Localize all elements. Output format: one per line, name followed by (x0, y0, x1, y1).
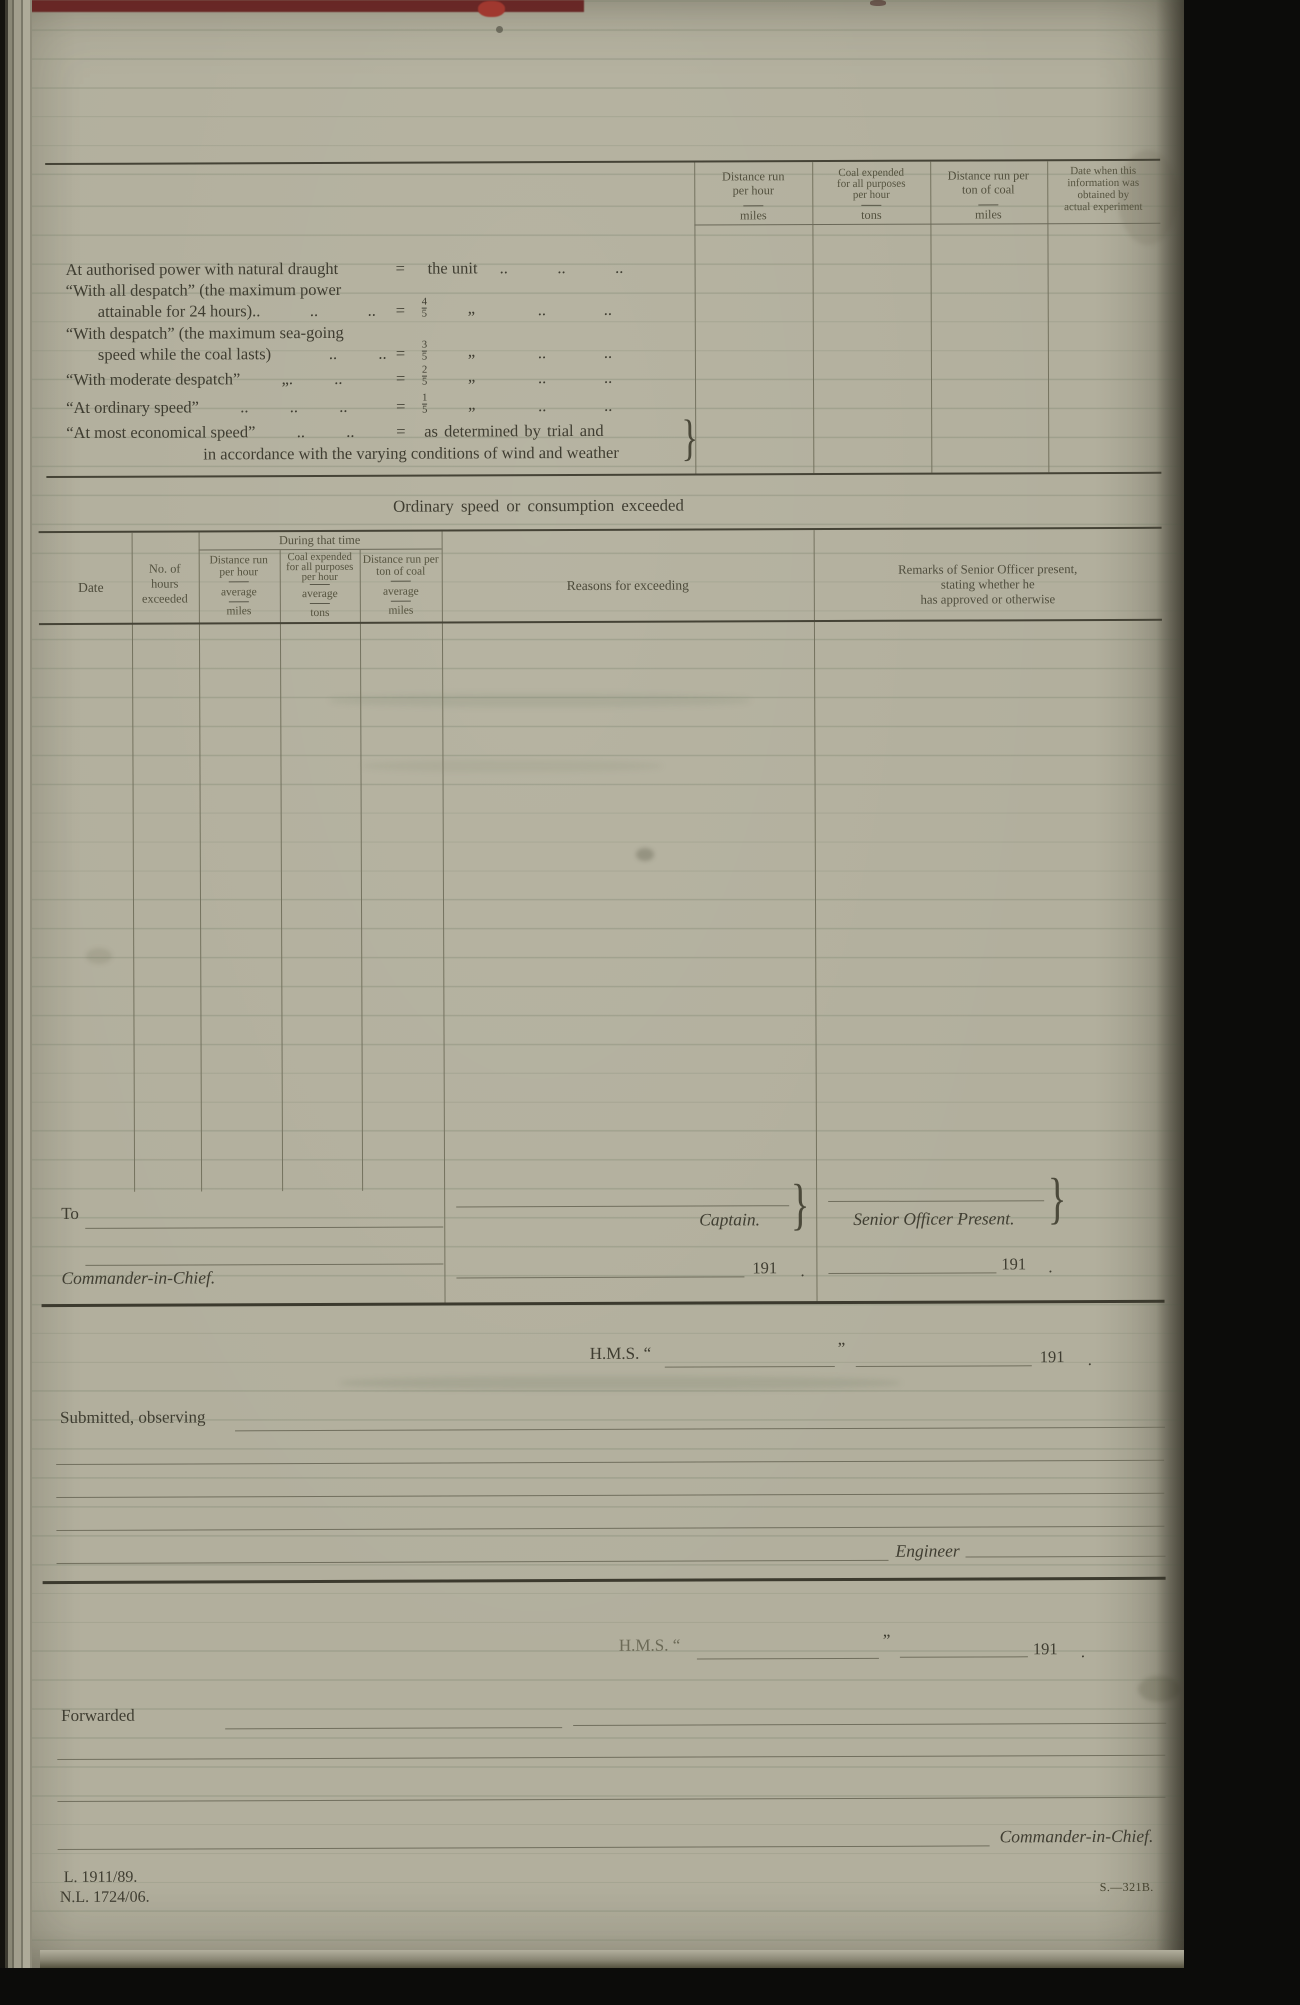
speed-row-label: speed while the coal lasts) .. .. (98, 344, 387, 365)
to-label: To (61, 1204, 79, 1224)
column-header-remarks: has approved or otherwise (920, 589, 1055, 610)
table-bottom-rule (46, 472, 1161, 478)
writing-line (56, 1493, 1164, 1498)
fraction-numerator: 4 (422, 298, 427, 308)
table-top-rule (45, 159, 1160, 165)
table-bottom-rule (42, 1300, 1165, 1307)
column-divider (280, 550, 283, 1191)
column-average: average (221, 586, 257, 598)
speed-row-label: At authorised power with natural draught (66, 259, 339, 280)
header-bottom-rule (39, 619, 1162, 625)
commander-in-chief-label: Commander-in-Chief. (1000, 1826, 1154, 1847)
column-header: Distance run (209, 554, 267, 566)
speed-row-label: in accordance with the varying condition… (203, 443, 619, 465)
year-dot: . (1048, 1257, 1052, 1277)
header-dash (229, 581, 249, 582)
column-unit: miles (740, 209, 767, 223)
writing-line (56, 1526, 1164, 1531)
writing-line (58, 1845, 990, 1850)
column-average: average (383, 586, 419, 598)
equals-sign: = (396, 369, 405, 389)
submitted-label: Submitted, observing (60, 1407, 206, 1428)
closing-brace: } (681, 410, 698, 467)
header-dash (861, 205, 881, 206)
column-divider (360, 550, 363, 1191)
column-header: Distance run (722, 170, 785, 184)
year-191: 191 (1001, 1254, 1026, 1274)
column-unit: tons (310, 607, 329, 619)
column-header-hours: exceeded (142, 593, 188, 607)
speed-row-label: “With despatch” (the maximum sea-going (66, 323, 344, 344)
date-line (900, 1656, 1028, 1657)
closing-brace: } (1048, 1170, 1067, 1227)
year-dot: . (1081, 1642, 1085, 1662)
fraction-denominator: 5 (422, 351, 427, 363)
column-header: Distance run per (363, 554, 439, 566)
header-dash (310, 584, 330, 585)
column-header-reasons: Reasons for exceeding (567, 576, 689, 596)
equals-sign: = (396, 259, 405, 279)
column-header-date: Date (78, 578, 104, 598)
writing-line (57, 1755, 1165, 1760)
column-header: ton of coal (962, 183, 1015, 197)
dot-leaders: .. .. (538, 300, 612, 320)
forwarded-label: Forwarded (61, 1706, 135, 1726)
ink-speck (496, 26, 503, 33)
ship-name-line (697, 1658, 879, 1660)
hms-label: H.M.S. “ (590, 1344, 651, 1364)
senior-officer-label: Senior Officer Present. (853, 1208, 1014, 1229)
year-191: 191 (1033, 1639, 1058, 1659)
column-divider (930, 162, 932, 473)
writing-line (225, 1727, 562, 1729)
column-divider (1047, 161, 1049, 472)
writing-line (56, 1460, 1164, 1465)
close-quote: ” (838, 1339, 846, 1359)
dot-leaders: .. .. (538, 343, 612, 363)
header-dash (391, 581, 411, 582)
section-title: Ordinary speed or consumption exceeded (393, 496, 684, 517)
header-dash (310, 603, 330, 604)
fraction-numerator: 1 (422, 394, 427, 404)
signature-line (828, 1200, 1044, 1202)
column-header: ton of coal (376, 566, 425, 578)
column-unit: miles (975, 208, 1002, 222)
form-reference: N.L. 1724/06. (60, 1888, 150, 1908)
speed-row-label: “With moderate despatch” „. .. (66, 369, 343, 390)
group-header: During that time (279, 534, 360, 548)
fraction-denominator: 5 (422, 308, 427, 320)
ship-name-line (665, 1366, 835, 1368)
fraction: 15 (422, 394, 427, 416)
red-blob-mark (478, 1, 505, 17)
commander-in-chief-label: Commander-in-Chief. (61, 1267, 215, 1288)
ditto-mark: „ (468, 298, 475, 318)
column-header: per hour (219, 566, 258, 578)
close-quote: ” (883, 1631, 891, 1651)
writing-line (57, 1797, 1165, 1802)
column-header: per hour (733, 184, 774, 198)
closing-brace: } (791, 1176, 810, 1233)
bottom-scan-background (0, 1968, 1300, 2005)
column-header-hours: No. of (149, 563, 180, 577)
header-underline (694, 223, 1160, 226)
ditto-mark: „ (468, 341, 475, 361)
ink-speck (870, 0, 886, 6)
left-page-edges (0, 0, 42, 1968)
captain-label: Captain. (699, 1209, 760, 1229)
year-191: 191 (1040, 1347, 1065, 1367)
writing-line (573, 1723, 1166, 1726)
speed-row-label: “With all despatch” (the maximum power (66, 280, 342, 301)
dot-leaders: .. .. .. (500, 258, 624, 278)
column-divider (442, 532, 446, 1304)
column-unit: tons (861, 209, 882, 223)
ditto-mark: „ (468, 394, 475, 414)
column-unit: miles (226, 605, 251, 617)
fraction-numerator: 3 (422, 341, 427, 351)
date-line (456, 1276, 744, 1278)
header-dash (229, 601, 249, 602)
column-divider (812, 162, 814, 473)
column-header: per hour (853, 189, 890, 201)
fraction-numerator: 2 (422, 366, 427, 376)
year-191: 191 (752, 1258, 777, 1278)
equals-sign: = (396, 397, 405, 417)
header-dash (391, 601, 411, 602)
fraction-denominator: 5 (422, 376, 427, 388)
writing-line (966, 1556, 1166, 1558)
speed-row-label: “At ordinary speed” .. .. .. (66, 397, 347, 418)
header-dash (743, 205, 763, 206)
date-line (828, 1272, 996, 1274)
ditto-mark: „ (468, 366, 475, 386)
bottom-page-edge (40, 1950, 1184, 1968)
hms-label: H.M.S. “ (619, 1636, 680, 1656)
speed-row-label: attainable for 24 hours).. .. .. (98, 301, 376, 322)
right-scan-background (1184, 0, 1300, 2005)
writing-line (235, 1427, 1165, 1432)
dot-leaders: .. .. (538, 368, 612, 388)
date-line (856, 1365, 1032, 1367)
column-divider (132, 533, 136, 1192)
fraction: 25 (422, 366, 427, 388)
fraction: 45 (422, 298, 427, 320)
column-unit: miles (388, 605, 413, 617)
column-header: Distance run per (948, 169, 1029, 183)
speed-row-value: the unit (428, 258, 478, 278)
column-header: information was (1067, 177, 1139, 189)
writing-line (57, 1560, 889, 1564)
table-top-rule (39, 527, 1162, 533)
header-dash (978, 204, 998, 205)
form-reference: L. 1911/89. (64, 1868, 138, 1888)
fraction-denominator: 5 (422, 404, 427, 416)
speed-row-value: as determined by trial and (424, 421, 603, 442)
to-line (85, 1227, 443, 1229)
printed-content: Distance run per hour miles Coal expende… (0, 0, 1300, 2005)
dot-leaders: .. .. (538, 396, 612, 416)
form-code: S.—321B. (1100, 1877, 1154, 1897)
fraction: 35 (422, 341, 427, 363)
speed-row-label: “At most economical speed” .. .. (66, 422, 354, 443)
equals-sign: = (396, 422, 405, 442)
to-line (85, 1264, 443, 1266)
year-dot: . (1088, 1350, 1092, 1370)
column-header: Date when this (1070, 165, 1136, 177)
scanned-form-page: Distance run per hour miles Coal expende… (0, 0, 1300, 2005)
column-header-hours: hours (151, 578, 178, 592)
column-divider (814, 530, 818, 1302)
section-rule (43, 1577, 1166, 1584)
equals-sign: = (396, 344, 405, 364)
right-page-shadow (1156, 0, 1184, 1968)
column-header: obtained by (1077, 189, 1129, 201)
column-header: actual experiment (1064, 201, 1143, 213)
column-divider (199, 532, 203, 1191)
equals-sign: = (396, 301, 405, 321)
column-average: average (302, 588, 338, 600)
engineer-label: Engineer (895, 1541, 959, 1561)
signature-line (456, 1205, 789, 1207)
year-dot: . (800, 1261, 804, 1281)
column-header: per hour (302, 571, 338, 583)
